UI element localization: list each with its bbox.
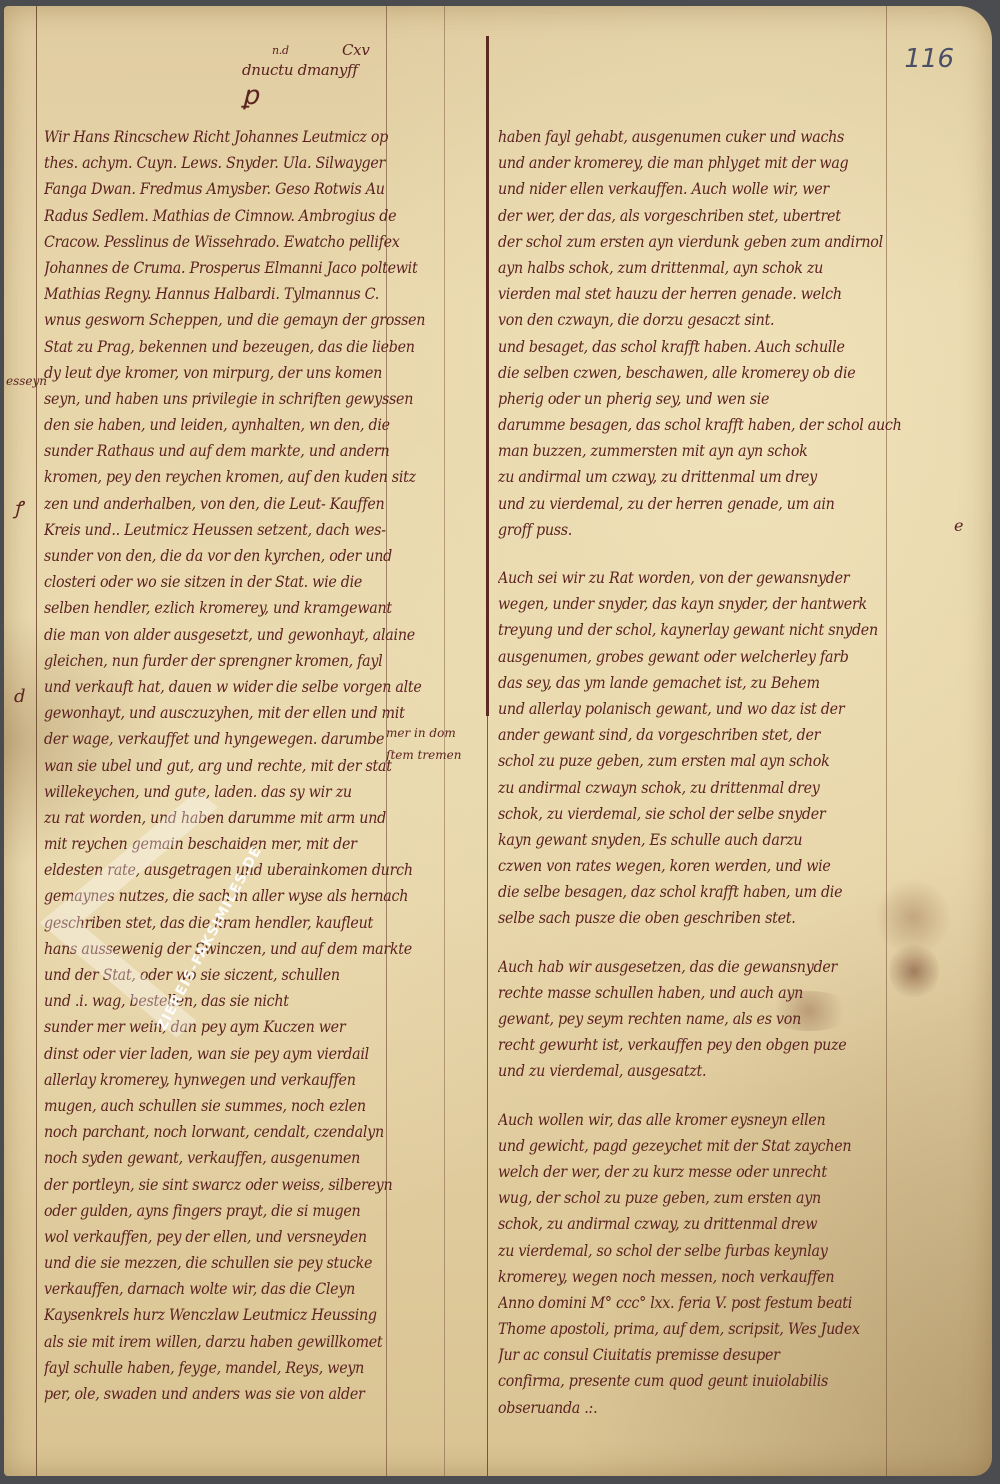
margin-note-left-upper: esseyn (6, 374, 47, 388)
text-line: wol verkauffen, pey der ellen, und versn… (44, 1224, 430, 1250)
text-line: kayn gewant snyden, Es schulle auch darz… (498, 827, 930, 853)
text-line: noch syden gewant, verkauffen, ausgenume… (44, 1145, 430, 1171)
text-line: Stat zu Prag, bekennen und bezeugen, das… (44, 334, 430, 360)
text-line: und zu vierdemal, zu der herren genade, … (498, 491, 930, 517)
text-line: zen und anderhalben, von den, die Leut- … (44, 491, 430, 517)
text-line: allerlay kromerey, hynwegen und verkauff… (44, 1067, 430, 1093)
text-line: welch der wer, der zu kurz messe oder un… (498, 1159, 930, 1185)
text-line: pherig oder un pherig sey, und wen sie (498, 386, 930, 412)
text-line: zu andirmal um czway, zu drittenmal um d… (498, 464, 930, 490)
text-line: selben hendler, ezlich kromerey, und kra… (44, 595, 430, 621)
text-line: recht gewurht ist, verkauffen pey den ob… (498, 1032, 930, 1058)
text-line: Johannes de Cruma. Prosperus Elmanni Jac… (44, 255, 430, 281)
text-line: Radus Sedlem. Mathias de Cimnow. Ambrogi… (44, 203, 430, 229)
text-line: gleichen, nun furder der sprengner krome… (44, 648, 430, 674)
text-line: Fanga Dwan. Fredmus Amysber. Geso Rotwis… (44, 176, 430, 202)
text-line: und verkauft hat, dauen w wider die selb… (44, 674, 430, 700)
text-line: kromen, pey den reychen kromen, auf den … (44, 464, 430, 490)
text-line: seyn, und haben uns privilegie in schrif… (44, 386, 430, 412)
text-line: fayl schulle haben, feyge, mandel, Reys,… (44, 1355, 430, 1381)
text-line: Mathias Regny. Hannus Halbardi. Tylmannu… (44, 281, 430, 307)
text-line: Wir Hans Rincschew Richt Johannes Leutmi… (44, 124, 430, 150)
heading-numeral: Cxv (342, 42, 370, 59)
paragraph-gap (498, 932, 930, 954)
text-line: Auch wollen wir, das alle kromer eysneyn… (498, 1107, 930, 1133)
text-line: czwen von rates wegen, koren werden, und… (498, 853, 930, 879)
text-line: der wage, verkauffet und hyngewegen. dar… (44, 726, 430, 752)
text-line: hans aussewenig der Swinczen, und auf de… (44, 936, 430, 962)
text-line: kromerey, wegen noch messen, noch verkau… (498, 1264, 930, 1290)
text-line: schol zu puze geben, zum ersten mal ayn … (498, 748, 930, 774)
text-line: von den czwayn, die dorzu gesaczt sint. (498, 307, 930, 333)
right-text-column: haben fayl gehabt, ausgenumen cuker und … (498, 124, 968, 1421)
text-line: treyung und der schol, kaynerlay gewant … (498, 617, 930, 643)
text-line: und zu vierdemal, ausgesatzt. (498, 1058, 930, 1084)
paragraph-mark-icon: ꝑ (242, 88, 258, 105)
text-line: groff puss. (498, 517, 930, 543)
text-line: und gewicht, pagd gezeychet mit der Stat… (498, 1133, 930, 1159)
paragraph-gap (498, 1085, 930, 1107)
text-line: der wer, der das, als vorgeschriben stet… (498, 203, 930, 229)
text-line: ayn halbs schok, zum drittenmal, ayn sch… (498, 255, 930, 281)
text-line: schok, zu andirmal czway, zu drittenmal … (498, 1211, 930, 1237)
text-line: vierden mal stet hauzu der herren genade… (498, 281, 930, 307)
margin-note-left-lower: d (14, 686, 26, 707)
text-line: als sie mit irem willen, darzu haben gew… (44, 1329, 430, 1355)
text-line: Jur ac consul Ciuitatis premisse desuper (498, 1342, 930, 1368)
margin-note-left-mid: ꝭ (14, 496, 23, 520)
text-line: sunder mer wein, dan pey aym Kuczen wer (44, 1014, 430, 1040)
text-line: rechte masse schullen haben, und auch ay… (498, 980, 930, 1006)
text-line: Thome apostoli, prima, auf dem, scripsit… (498, 1316, 930, 1342)
right-column-left-rule-lower (487, 706, 488, 1476)
text-line: willekeychen, und gute, laden. das sy wi… (44, 779, 430, 805)
text-line: ander gewant sind, da vorgeschriben stet… (498, 722, 930, 748)
text-line: und allerlay polanisch gewant, und wo da… (498, 696, 930, 722)
paragraph-gap (498, 543, 930, 565)
text-line: der portleyn, sie sint swarcz oder weiss… (44, 1172, 430, 1198)
text-line: per, ole, swaden und anders was sie von … (44, 1381, 430, 1407)
text-line: zu andirmal czwayn schok, zu drittenmal … (498, 775, 930, 801)
text-line: wegen, under snyder, das kayn snyder, de… (498, 591, 930, 617)
text-line: geschriben stet, das die kram hendler, k… (44, 910, 430, 936)
text-line: die selben czwen, beschawen, alle kromer… (498, 360, 930, 386)
text-line: und .i. wag, bestellen, das sie nicht (44, 988, 430, 1014)
text-line: eldesten rate, ausgetragen und uberainko… (44, 857, 430, 883)
left-text-column: Wir Hans Rincschew Richt Johannes Leutmi… (44, 124, 464, 1407)
text-line: darumme besagen, das schol krafft haben,… (498, 412, 930, 438)
folio-number: 116 (904, 44, 954, 74)
text-line: Kaysenkrels hurz Wenczlaw Leutmicz Heuss… (44, 1302, 430, 1328)
text-line: Kreis und.. Leutmicz Heussen setzent, da… (44, 517, 430, 543)
text-line: und ander kromerey, die man phlyget mit … (498, 150, 930, 176)
text-line: der schol zum ersten ayn vierdunk geben … (498, 229, 930, 255)
text-line: Anno domini M° ccc° lxx. feria V. post f… (498, 1290, 930, 1316)
heading-title: dnuctu dmanyff (242, 62, 358, 79)
text-line: verkauffen, darnach wolte wir, das die C… (44, 1276, 430, 1302)
text-line: Auch hab wir ausgesetzen, das die gewans… (498, 954, 930, 980)
text-line: die man von alder ausgesetzt, und gewonh… (44, 622, 430, 648)
text-line: dinst oder vier laden, wan sie pey aym v… (44, 1041, 430, 1067)
manuscript-page: 116 n.d Cxv dnuctu dmanyff ꝑ esseyn ꝭ d … (4, 6, 992, 1476)
text-line: und die sie mezzen, die schullen sie pey… (44, 1250, 430, 1276)
text-line: gewonhayt, und ausczuzyhen, mit der elle… (44, 700, 430, 726)
text-line: gewant, pey seym rechten name, als es vo… (498, 1006, 930, 1032)
text-line: ausgenumen, grobes gewant oder welcherle… (498, 644, 930, 670)
text-line: sunder von den, die da vor den kyrchen, … (44, 543, 430, 569)
text-line: wnus gesworn Scheppen, und die gemayn de… (44, 307, 430, 333)
text-line: haben fayl gehabt, ausgenumen cuker und … (498, 124, 930, 150)
text-line: und der Stat, oder wo sie siczent, schul… (44, 962, 430, 988)
text-line: selbe sach pusze die oben geschriben ste… (498, 905, 930, 931)
text-line: und nider ellen verkauffen. Auch wolle w… (498, 176, 930, 202)
text-line: zu rat worden, und haben darumme mit arm… (44, 805, 430, 831)
text-line: das sey, das ym lande gemachet ist, zu B… (498, 670, 930, 696)
text-line: Auch sei wir zu Rat worden, von der gewa… (498, 565, 930, 591)
text-line: zu vierdemal, so schol der selbe furbas … (498, 1238, 930, 1264)
text-line: oder gulden, ayns fingers prayt, die si … (44, 1198, 430, 1224)
right-column-left-rule (486, 36, 489, 716)
text-line: den sie haben, und leiden, aynhalten, wn… (44, 412, 430, 438)
text-line: noch parchant, noch lorwant, cendalt, cz… (44, 1119, 430, 1145)
text-line: confirma, presente cum quod geunt inuiol… (498, 1368, 930, 1394)
text-line: mit reychen gemain beschaiden mer, mit d… (44, 831, 430, 857)
text-line: Cracow. Pesslinus de Wissehrado. Ewatcho… (44, 229, 430, 255)
heading-small-note: n.d (272, 42, 289, 59)
text-line: wan sie ubel und gut, arg und rechte, mi… (44, 753, 430, 779)
text-line: man buzzen, zummersten mit ayn ayn schok (498, 438, 930, 464)
text-line: die selbe besagen, daz schol krafft habe… (498, 879, 930, 905)
text-line: schok, zu vierdemal, sie schol der selbe… (498, 801, 930, 827)
text-line: mugen, auch schullen sie summes, noch ez… (44, 1093, 430, 1119)
left-margin-rule (36, 6, 37, 1476)
text-line: obseruanda .:. (498, 1395, 930, 1421)
text-line: dy leut dye kromer, von mirpurg, der uns… (44, 360, 430, 386)
text-line: gemaynes nutzes, die sach in aller wyse … (44, 883, 430, 909)
text-line: und besaget, das schol krafft haben. Auc… (498, 334, 930, 360)
text-line: thes. achym. Cuyn. Lews. Snyder. Ula. Si… (44, 150, 430, 176)
text-line: closteri oder wo sie sitzen in der Stat.… (44, 569, 430, 595)
text-line: wug, der schol zu puze geben, zum ersten… (498, 1185, 930, 1211)
text-line: sunder Rathaus und auf dem markte, und a… (44, 438, 430, 464)
